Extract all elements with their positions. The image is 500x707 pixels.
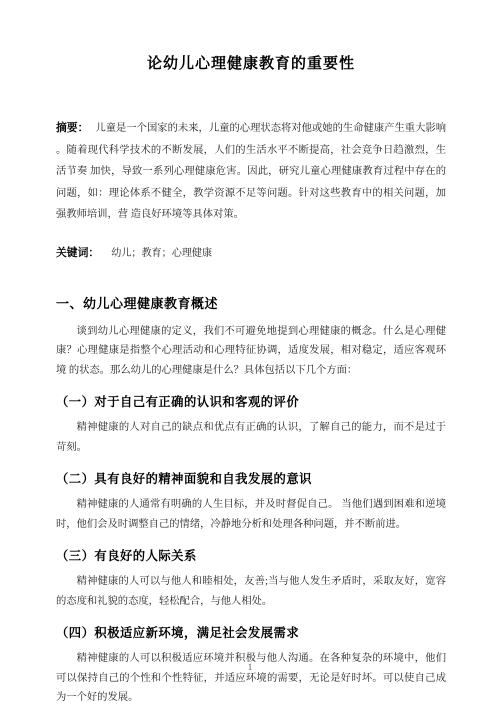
keywords-line: 关键词：幼儿；教育；心理健康	[56, 243, 446, 264]
subsection-paragraph-3: 精神健康的人可以与他人和睦相处，友善;当与他人发生矛盾时，采取友好，宽容的态度和…	[56, 572, 446, 611]
abstract-text: 儿童是一个国家的未来，儿童的心理状态将对他或她的生命健康产生重大影响。随着现代科…	[56, 123, 446, 220]
subsection-heading-2: （二）具有良好的精神面貌和自我发展的意识	[56, 471, 446, 488]
subsection-paragraph-1: 精神健康的人对自己的缺点和优点有正确的认识，了解自己的能力，而不是过于苛刻。	[56, 418, 446, 457]
abstract-paragraph: 摘要：儿童是一个国家的未来，儿童的心理状态将对他或她的生命健康产生重大影响。随着…	[56, 118, 446, 226]
subsection-paragraph-4: 精神健康的人可以积极适应环境并积极与他人沟通。在各种复杂的环境中，他们可以保持自…	[56, 649, 446, 707]
subsection-heading-3: （三）有良好的人际关系	[56, 548, 446, 565]
keywords-text: 幼儿；教育；心理健康	[111, 248, 212, 259]
document-page: 论幼儿心理健康教育的重要性 摘要：儿童是一个国家的未来，儿童的心理状态将对他或她…	[0, 0, 500, 707]
keywords-label: 关键词：	[56, 247, 99, 259]
subsection-heading-4: （四）积极适应新环境，满足社会发展需求	[56, 625, 446, 642]
subsection-paragraph-2: 精神健康的人通常有明确的人生目标，并及时督促自己。 当他们遇到困难和逆境时，他们…	[56, 495, 446, 534]
subsection-heading-1: （一）对于自己有正确的认识和客观的评价	[56, 394, 446, 411]
page-title: 论幼儿心理健康教育的重要性	[56, 54, 446, 74]
section-heading-1: 一、幼儿心理健康教育概述	[56, 295, 446, 313]
page-number: 1	[0, 662, 500, 672]
section-paragraph-1: 谈到幼儿心理健康的定义，我们不可避免地提到心理健康的概念。什么是心理健 康？心理…	[56, 322, 446, 381]
abstract-label: 摘要：	[56, 122, 88, 134]
